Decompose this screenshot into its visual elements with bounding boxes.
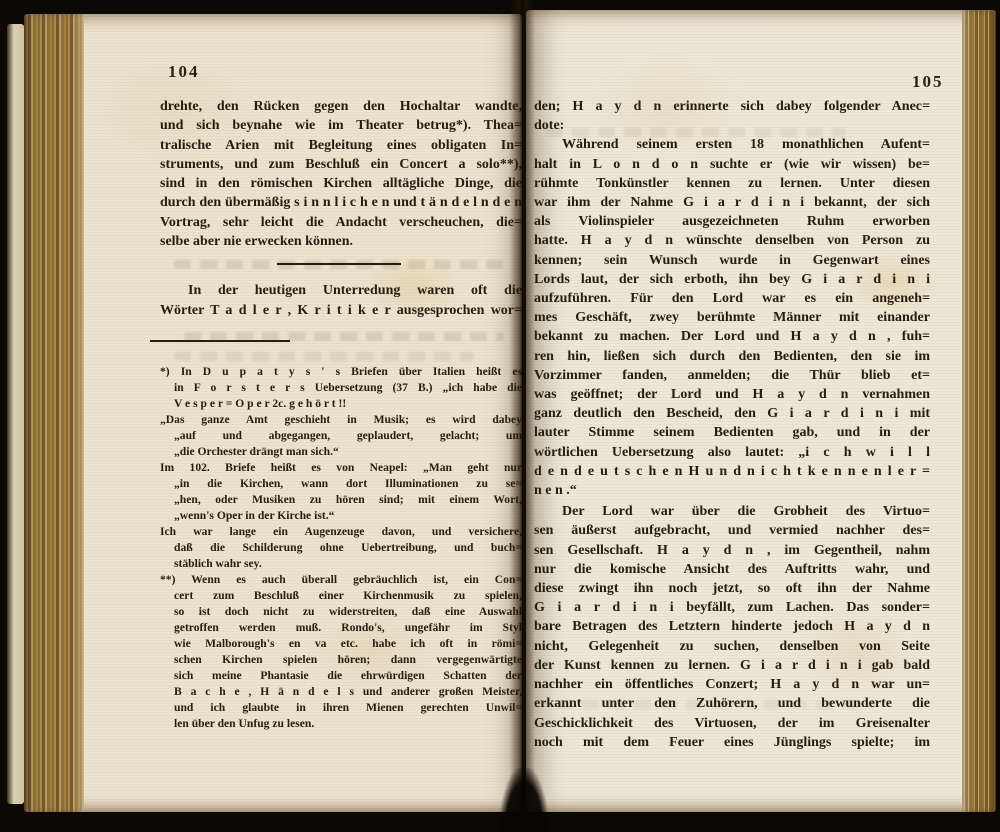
text-line: Im 102. Briefe heißt es von Neapel: „Man…: [160, 460, 522, 476]
text-line: Vortrag, sehr leicht die Andacht versche…: [160, 213, 522, 232]
text-line: dote:: [534, 116, 930, 135]
text-line: Geschicklichkeit des Virtuosen, der im G…: [534, 714, 930, 733]
text-line: „die Orchester drängt man sich.“: [160, 444, 522, 460]
text-line: diese zwingt ihn noch jetzt, so oft ihn …: [534, 579, 930, 598]
page-edges-right: [962, 10, 996, 812]
section-separator: [277, 263, 401, 265]
footnotes: *) In D u p a t y s ' s Briefen über Ita…: [160, 364, 522, 732]
text-line: „wenn's Oper in der Kirche ist.“: [160, 508, 522, 524]
text-line: lauter Stimme seinem Bedienten gab, und …: [534, 423, 930, 442]
page-number-right: 105: [912, 72, 944, 92]
text-line: tralische Arien mit Begleitung eines obl…: [160, 136, 522, 155]
book-scan: 104 drehte, den Rücken gegen den Hochalt…: [0, 0, 1000, 832]
binding-edge: [7, 24, 24, 804]
page-number-left: 104: [168, 62, 200, 82]
text-line: aufzuführen. Für den Lord war es ein ang…: [534, 289, 930, 308]
text-line: Vorzimmer fanden, anmelden; die Thür bli…: [534, 366, 930, 385]
text-line: war ihm der Nahme G i a r d i n i bekann…: [534, 193, 930, 212]
text-line: hatte. H a y d n wünschte denselben von …: [534, 231, 930, 250]
text-line: Während seinem ersten 18 monathlichen Au…: [534, 135, 930, 154]
text-line: wie Malborough's en va etc. habe ich oft…: [160, 636, 522, 652]
text-line: ren hin, ließen sich durch den Bedienten…: [534, 347, 930, 366]
paragraph: den; H a y d n erinnerte sich dabey folg…: [534, 97, 930, 135]
text-line: sind in den römischen Kirchen alltäglich…: [160, 174, 522, 193]
text-line: getroffen werden muß. Rondo's, ungefähr …: [160, 620, 522, 636]
paragraph: Der Lord war über die Grobheit des Virtu…: [534, 502, 930, 752]
gutter-shadow: [500, 768, 548, 832]
text-line: „auf und abgegangen, geplaudert, gelacht…: [160, 428, 522, 444]
text-line: der Kunst kennen zu lernen. G i a r d i …: [534, 656, 930, 675]
text-line: Lords laut, der sich erboth, ihn bey G i…: [534, 270, 930, 289]
text-line: drehte, den Rücken gegen den Hochaltar w…: [160, 97, 522, 116]
text-line: Der Lord war über die Grobheit des Virtu…: [534, 502, 930, 521]
text-line: „Das ganze Amt geschieht in Musik; es wi…: [160, 412, 522, 428]
text-line: was geöffnet; der Lord und H a y d n ver…: [534, 385, 930, 404]
text-line: struments, und zum Beschluß ein Concert …: [160, 155, 522, 174]
left-page-text: drehte, den Rücken gegen den Hochaltar w…: [160, 97, 522, 732]
text-line: sen Gesellschaft. H a y d n , im Gegenth…: [534, 541, 930, 560]
text-line: len über den Unfug zu lesen.: [160, 716, 522, 732]
text-line: kennen; sein Wunsch wurde in Gegenwart e…: [534, 251, 930, 270]
text-line: sich meine Phantasie die ehrwürdigen Sch…: [160, 668, 522, 684]
text-line: schen Kirchen spielen hören; dann vergeg…: [160, 652, 522, 668]
text-line: bare Betragen des Letztern hinderte jedo…: [534, 617, 930, 636]
text-line: nur die komische Ansicht des Auftritts w…: [534, 560, 930, 579]
text-line: Ich war lange ein Augenzeuge davon, und …: [160, 524, 522, 540]
text-line: **) Wenn es auch überall gebräuchlich is…: [160, 572, 522, 588]
text-line: B a c h e , H ä n d e l s und anderer gr…: [160, 684, 522, 700]
text-line: und sich beynahe wie im Theater betrug*)…: [160, 116, 522, 135]
left-page: 104 drehte, den Rücken gegen den Hochalt…: [24, 14, 522, 812]
text-line: bekannt zu machen. Der Lord und H a y d …: [534, 327, 930, 346]
paragraph: Während seinem ersten 18 monathlichen Au…: [534, 135, 930, 500]
footnote-separator: [150, 340, 290, 342]
text-line: stäblich wahr sey.: [160, 556, 522, 572]
paragraph: In der heutigen Unterredung waren oft di…: [160, 281, 522, 320]
book-gutter: [509, 0, 535, 832]
text-line: durch den übermäßig s i n n l i c h e n …: [160, 193, 522, 212]
text-line: rühmte Tonkünstler kennen zu lernen. Unt…: [534, 174, 930, 193]
text-line: wörtlichen Uebersetzung also lautet: „i …: [534, 443, 930, 462]
text-line: nicht, Gelegenheit zu suchen, denselben …: [534, 637, 930, 656]
text-line: in F o r s t e r s Uebersetzung (37 B.) …: [160, 380, 522, 396]
right-page-text: den; H a y d n erinnerte sich dabey folg…: [534, 97, 930, 752]
text-line: G i a r d i n i beyfällt, zum Lachen. Da…: [534, 598, 930, 617]
page-edges-left: [24, 14, 84, 812]
text-line: „hen, oder Musiken zu hören sind; mit ei…: [160, 492, 522, 508]
text-line: selbe aber nie erwecken können.: [160, 232, 522, 251]
paragraph: drehte, den Rücken gegen den Hochaltar w…: [160, 97, 522, 251]
text-line: sen äußerst aufgebracht, und vermied nac…: [534, 521, 930, 540]
text-line: noch mit dem Feuer eines Jünglings spiel…: [534, 733, 930, 752]
text-line: halt in L o n d o n suchte er (wie wir w…: [534, 155, 930, 174]
text-line: daß die Schilderung ohne Uebertreibung, …: [160, 540, 522, 556]
right-page: 105 den; H a y d n erinnerte sich dabey …: [526, 10, 996, 812]
text-line: n e n .“: [534, 481, 930, 500]
text-line: „in die Kirchen, wann dort Illuminatione…: [160, 476, 522, 492]
text-line: *) In D u p a t y s ' s Briefen über Ita…: [160, 364, 522, 380]
text-line: ganz deutlich den Bescheid, den G i a r …: [534, 404, 930, 423]
text-line: Wörter T a d l e r , K r i t i k e r aus…: [160, 301, 522, 320]
text-line: mes Geschäft, zwey berühmte Männer mit e…: [534, 308, 930, 327]
text-line: erkannt unter den Zuhörern, und bewunder…: [534, 694, 930, 713]
text-line: den; H a y d n erinnerte sich dabey folg…: [534, 97, 930, 116]
text-line: als Violinspieler ausgezeichneten Ruhm e…: [534, 212, 930, 231]
text-line: und ich glaubte in ihren Mienen gerechte…: [160, 700, 522, 716]
text-line: cert zum Beschluß einer Kirchenmusik zu …: [160, 588, 522, 604]
text-line: so ist doch nicht zu widerstreiten, daß …: [160, 604, 522, 620]
text-line: d e n d e u t s c h e n H u n d n i c h …: [534, 462, 930, 481]
text-line: V e s p e r = O p e r 2c. g e h ö r t !!: [160, 396, 522, 412]
text-line: In der heutigen Unterredung waren oft di…: [160, 281, 522, 300]
text-line: nachher ein öffentliches Conzert; H a y …: [534, 675, 930, 694]
